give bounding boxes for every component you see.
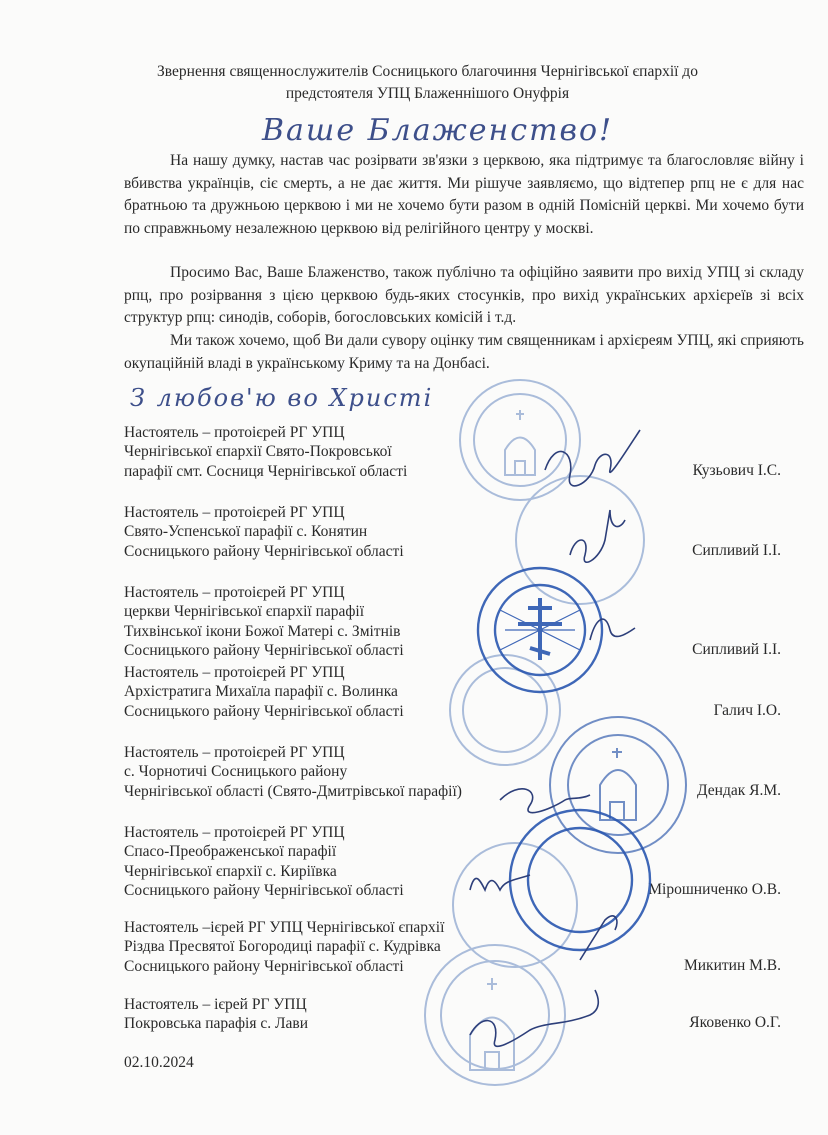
handwritten-salutation: Ваше Блаженство! bbox=[262, 113, 613, 148]
signatory-position: Настоятель –ієрей РГ УПЦ Чернігівської є… bbox=[124, 918, 444, 976]
signatory-position: Настоятель – протоієрей РГ УПЦ Архістрат… bbox=[124, 663, 404, 721]
paragraph-3: Ми також хочемо, щоб Ви дали сувору оцін… bbox=[124, 330, 804, 375]
paragraph-2: Просимо Вас, Ваше Блаженство, також публ… bbox=[124, 262, 804, 330]
signatory-name: Яковенко О.Г. bbox=[689, 1014, 781, 1032]
signature-5 bbox=[500, 789, 590, 813]
paragraph-1: На нашу думку, настав час розірвати зв'я… bbox=[124, 150, 804, 240]
signatory-position: Настоятель – протоієрей РГ УПЦ Спасо-Пре… bbox=[124, 823, 404, 901]
signatory-position: Настоятель – протоієрей РГ УПЦ церкви Че… bbox=[124, 583, 404, 661]
signatory-name: Галич І.О. bbox=[714, 702, 781, 720]
handwritten-closing: З любов'ю во Христі bbox=[130, 384, 433, 412]
signature-2 bbox=[570, 510, 625, 562]
orthodox-cross-stamp-icon bbox=[478, 568, 602, 692]
church-stamp-icon bbox=[550, 717, 686, 853]
document-date: 02.10.2024 bbox=[124, 1054, 194, 1072]
signatory-name: Микитин М.В. bbox=[684, 957, 781, 975]
signature-7 bbox=[580, 916, 617, 960]
signatory-name: Дендак Я.М. bbox=[697, 782, 781, 800]
signature-1 bbox=[545, 430, 640, 486]
signatory-position: Настоятель – протоієрей РГ УПЦ Чернігівс… bbox=[124, 423, 407, 481]
signatory-name: Мірошниченко О.В. bbox=[648, 881, 781, 899]
church-stamp-icon bbox=[425, 945, 565, 1085]
signature-8 bbox=[470, 990, 598, 1046]
document-page: Звернення священнослужителів Сосницького… bbox=[0, 0, 828, 1135]
document-title: Звернення священнослужителів Сосницького… bbox=[150, 61, 705, 105]
signature-3 bbox=[590, 619, 635, 640]
signatory-name: Сипливий І.І. bbox=[692, 542, 781, 560]
signatory-name: Сипливий І.І. bbox=[692, 641, 781, 659]
signatory-position: Настоятель – ієрей РГ УПЦ Покровська пар… bbox=[124, 995, 308, 1034]
signatory-position: Настоятель – протоієрей РГ УПЦ Свято-Усп… bbox=[124, 503, 404, 561]
signatory-position: Настоятель – протоієрей РГ УПЦ с. Чорнот… bbox=[124, 743, 462, 801]
church-stamp-icon bbox=[460, 380, 580, 500]
signatory-name: Кузьович І.С. bbox=[693, 462, 781, 480]
signature-6 bbox=[470, 875, 530, 890]
